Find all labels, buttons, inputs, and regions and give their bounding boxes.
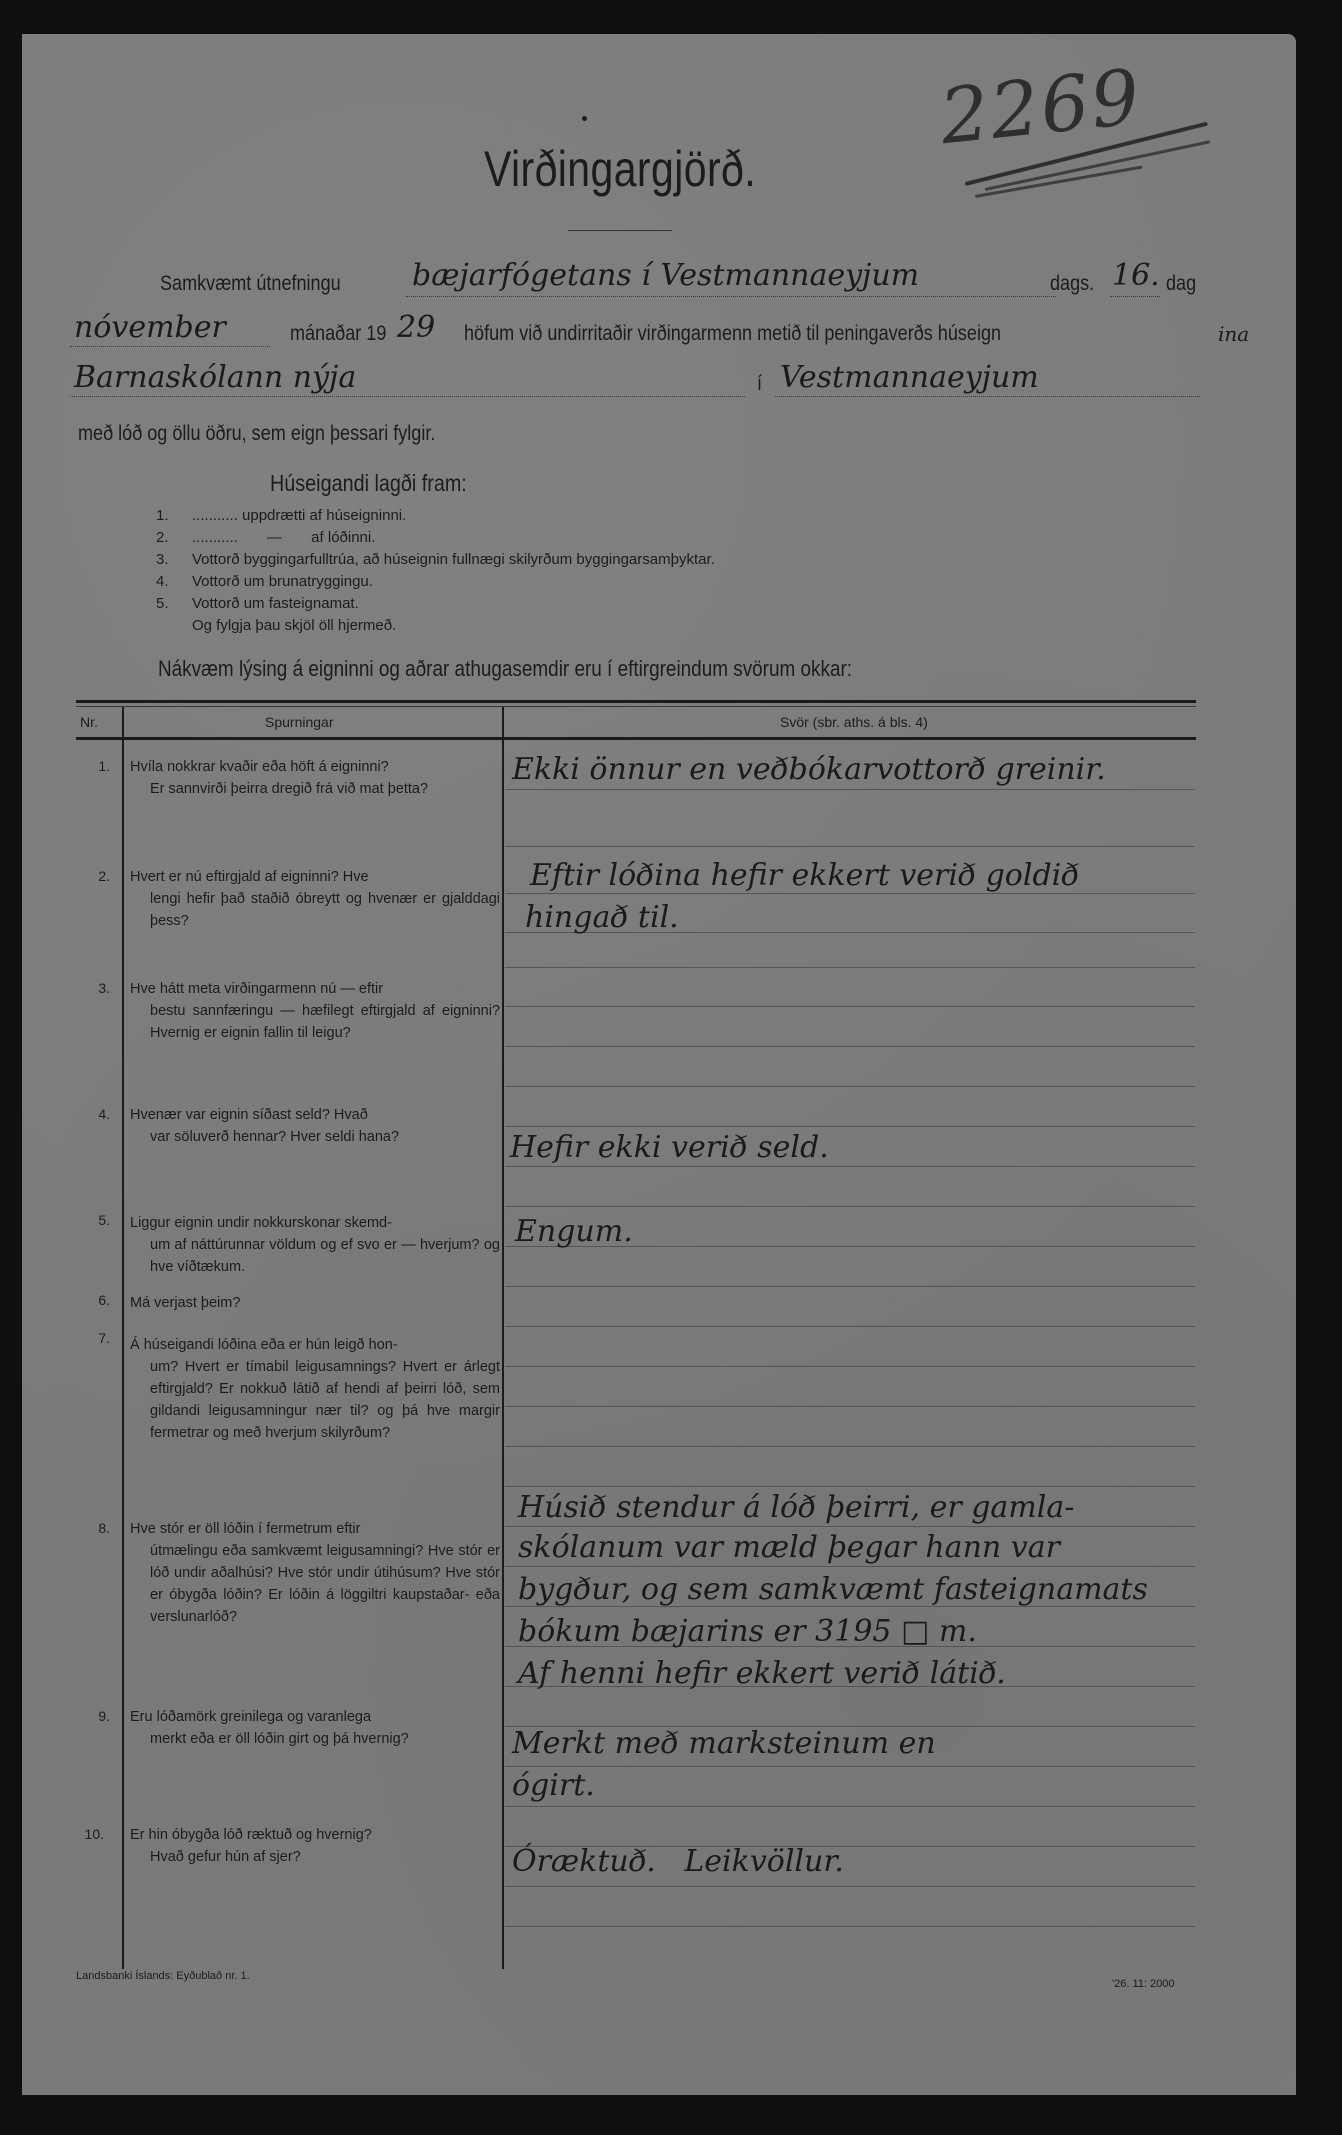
location-label: í <box>757 372 762 396</box>
header-nr: Nr. <box>80 714 98 730</box>
answer-text[interactable]: Óræktuð. Leikvöllur. <box>512 1844 844 1879</box>
answer-rule <box>505 1926 1195 1927</box>
item-number: 3. <box>156 551 192 568</box>
question-text: Hve hátt meta virðingarmenn nú — eftirbe… <box>130 978 500 1044</box>
questions-column-divider <box>502 707 504 1969</box>
answer-rule <box>505 1446 1195 1447</box>
answer-rule <box>505 1086 1195 1087</box>
table-header-rule <box>76 737 1196 740</box>
answer-text[interactable]: skólanum var mæld þegar hann var <box>518 1530 1060 1565</box>
owner-submitted-heading: Húseigandi lagði fram: <box>270 470 467 497</box>
question-line: Hvað gefur hún af sjer? <box>130 1846 500 1868</box>
ink-dot <box>582 116 587 121</box>
description-heading: Nákvæm lýsing á eigninni og aðrar athuga… <box>158 656 852 682</box>
table-top-rule <box>76 700 1196 703</box>
item-text: Vottorð byggingarfulltrúa, að húseignin … <box>192 551 715 568</box>
title-divider <box>568 230 672 231</box>
question-number: 5. <box>80 1212 110 1228</box>
question-line: Eru lóðamörk greinilega og varanlega <box>130 1709 371 1725</box>
question-line: Er hin óbygða lóð ræktuð og hvernig? <box>130 1827 372 1843</box>
day-field[interactable]: 16. <box>1112 258 1160 293</box>
header-answers: Svör (sbr. aths. á bls. 4) <box>780 714 928 730</box>
question-line: Hvenær var eignin síðast seld? Hvað <box>130 1107 368 1123</box>
question-text: Á húseigandi lóðina eða er hún leigð hon… <box>130 1334 500 1444</box>
item-number: 4. <box>156 573 192 590</box>
scope-statement: með lóð og öllu öðru, sem eign þessari f… <box>78 422 435 446</box>
question-line: Hvíla nokkrar kvaðir eða höft á eigninni… <box>130 759 389 775</box>
question-line: var söluverð hennar? Hver seldi hana? <box>130 1126 500 1148</box>
question-text: Hvert er nú eftirgjald af eigninni? Hvel… <box>130 866 500 932</box>
answer-text[interactable]: hingað til. <box>525 900 679 935</box>
answer-rule <box>505 1126 1195 1127</box>
fill-line <box>406 296 1056 297</box>
day-label: dag <box>1166 272 1196 296</box>
submitted-item-1: 1............ uppdrætti af húseigninni. <box>156 507 406 524</box>
item-number: 2. <box>156 529 192 546</box>
question-line: merkt eða er öll lóðin girt og þá hverni… <box>130 1728 500 1750</box>
item-number: 5. <box>156 595 192 612</box>
submitted-item-5: 5.Vottorð um fasteignamat. <box>156 595 359 612</box>
answer-text[interactable]: bókum bæjarins er 3195 □ m. <box>518 1614 977 1649</box>
answer-rule <box>505 1366 1195 1367</box>
answer-rule <box>505 846 1195 847</box>
question-text: Hvenær var eignin síðast seld? Hvaðvar s… <box>130 1104 500 1148</box>
question-number: 9. <box>80 1708 110 1724</box>
submitted-closing-note: Og fylgja þau skjöl öll hjermeð. <box>156 617 396 634</box>
authority-field[interactable]: bæjarfógetans í Vestmannaeyjum <box>412 258 919 293</box>
month-field[interactable]: nóvember <box>74 310 226 345</box>
print-code: '26. 11: 2000 <box>1112 1978 1174 1990</box>
answer-rule <box>505 967 1195 968</box>
valuation-statement: höfum við undirritaðir virðingarmenn met… <box>464 322 1001 346</box>
question-number: 2. <box>80 868 110 884</box>
question-line: Hve hátt meta virðingarmenn nú — eftir <box>130 981 383 997</box>
question-text: Eru lóðamörk greinilega og varanlegamerk… <box>130 1706 500 1750</box>
answer-rule <box>505 1006 1195 1007</box>
answer-rule <box>505 1566 1195 1567</box>
answer-rule <box>505 1526 1195 1527</box>
question-text: Hve stór er öll lóðin í fermetrum eftirú… <box>130 1518 500 1628</box>
question-number: 8. <box>80 1520 110 1536</box>
year-field[interactable]: 29 <box>397 310 435 345</box>
item-text: ........... uppdrætti af húseigninni. <box>192 507 406 524</box>
item-text: Vottorð um fasteignamat. <box>192 595 359 612</box>
answer-text[interactable]: Húsið stendur á lóð þeirri, er gamla- <box>518 1490 1074 1525</box>
answer-text[interactable]: Af henni hefir ekkert verið látið. <box>518 1656 1006 1691</box>
date-label: dags. <box>1050 272 1094 296</box>
answer-rule <box>505 1806 1195 1807</box>
question-line: lengi hefir það staðið óbreytt og hvenær… <box>130 888 500 932</box>
question-number: 6. <box>80 1292 110 1308</box>
answer-rule <box>505 789 1195 790</box>
answer-rule <box>505 1766 1195 1767</box>
question-text: Liggur eignin undir nokkurskonar skemd-u… <box>130 1212 500 1278</box>
nr-column-divider <box>122 707 124 1969</box>
answer-rule <box>505 1166 1195 1167</box>
question-number: 3. <box>80 980 110 996</box>
header-questions: Spurningar <box>265 714 334 730</box>
question-number: 7. <box>80 1330 110 1346</box>
question-line: Er sannvirði þeirra dregið frá við mat þ… <box>130 778 500 800</box>
property-name-field[interactable]: Barnaskólann nýja <box>74 360 356 395</box>
question-text: Hvíla nokkrar kvaðir eða höft á eigninni… <box>130 756 500 800</box>
submitted-item-4: 4.Vottorð um brunatryggingu. <box>156 573 373 590</box>
answer-text[interactable]: Engum. <box>515 1214 633 1249</box>
question-number: 4. <box>80 1106 110 1122</box>
question-line: Á húseigandi lóðina eða er hún leigð hon… <box>130 1337 398 1353</box>
submitted-item-2: 2............ — af lóðinni. <box>156 529 375 546</box>
answer-text[interactable]: Merkt með marksteinum en <box>512 1726 936 1761</box>
answer-text[interactable]: Hefir ekki verið seld. <box>510 1130 829 1165</box>
answer-text[interactable]: bygður, og sem samkvæmt fasteignamats <box>518 1572 1148 1607</box>
question-line: Liggur eignin undir nokkurskonar skemd- <box>130 1215 392 1231</box>
item-text: Og fylgja þau skjöl öll hjermeð. <box>192 617 396 634</box>
answer-rule <box>505 893 1195 894</box>
question-line: um? Hvert er tímabil leigusamnings? Hver… <box>130 1356 500 1444</box>
question-line: Má verjast þeim? <box>130 1295 240 1311</box>
answer-text[interactable]: ógirt. <box>512 1768 595 1803</box>
answer-rule <box>505 1326 1195 1327</box>
question-number: 1. <box>80 758 110 774</box>
question-text: Er hin óbygða lóð ræktuð og hvernig?Hvað… <box>130 1824 500 1868</box>
fill-line <box>70 346 270 347</box>
question-line: um af náttúrunnar völdum og ef svo er — … <box>130 1234 500 1278</box>
answer-rule <box>505 1046 1195 1047</box>
form-publisher: Landsbanki Íslands: Eyðublað nr. 1. <box>76 1970 250 1982</box>
item-number: 1. <box>156 507 192 524</box>
answer-rule <box>505 1286 1195 1287</box>
question-line: bestu sannfæringu — hæfilegt eftirgjald … <box>130 1000 500 1044</box>
fill-line <box>70 396 745 397</box>
question-text: Má verjast þeim? <box>130 1292 500 1314</box>
answer-rule <box>505 1886 1195 1887</box>
submitted-item-3: 3.Vottorð byggingarfulltrúa, að húseigni… <box>156 551 715 568</box>
location-field[interactable]: Vestmannaeyjum <box>780 360 1039 395</box>
answer-text[interactable]: Eftir lóðina hefir ekkert verið goldið <box>530 858 1079 893</box>
question-line: Hve stór er öll lóðin í fermetrum eftir <box>130 1521 360 1537</box>
month-label: mánaðar 19 <box>290 322 386 346</box>
answer-rule <box>505 1206 1195 1207</box>
answer-rule <box>505 1486 1195 1487</box>
item-text: Vottorð um brunatryggingu. <box>192 573 373 590</box>
question-line: útmælingu eða samkvæmt leigusamningi? Hv… <box>130 1540 500 1628</box>
fill-line <box>775 396 1200 397</box>
appointment-label: Samkvæmt útnefningu <box>160 272 341 296</box>
item-text: ........... — af lóðinni. <box>192 529 375 546</box>
answer-rule <box>505 1406 1195 1407</box>
question-line: Hvert er nú eftirgjald af eigninni? Hve <box>130 869 369 885</box>
answer-text[interactable]: Ekki önnur en veðbókarvottorð greinir. <box>512 752 1106 787</box>
property-suffix[interactable]: ina <box>1218 322 1249 346</box>
question-number: 10. <box>74 1826 104 1842</box>
fill-line <box>1110 296 1160 297</box>
table-top-rule-thin <box>76 706 1196 707</box>
